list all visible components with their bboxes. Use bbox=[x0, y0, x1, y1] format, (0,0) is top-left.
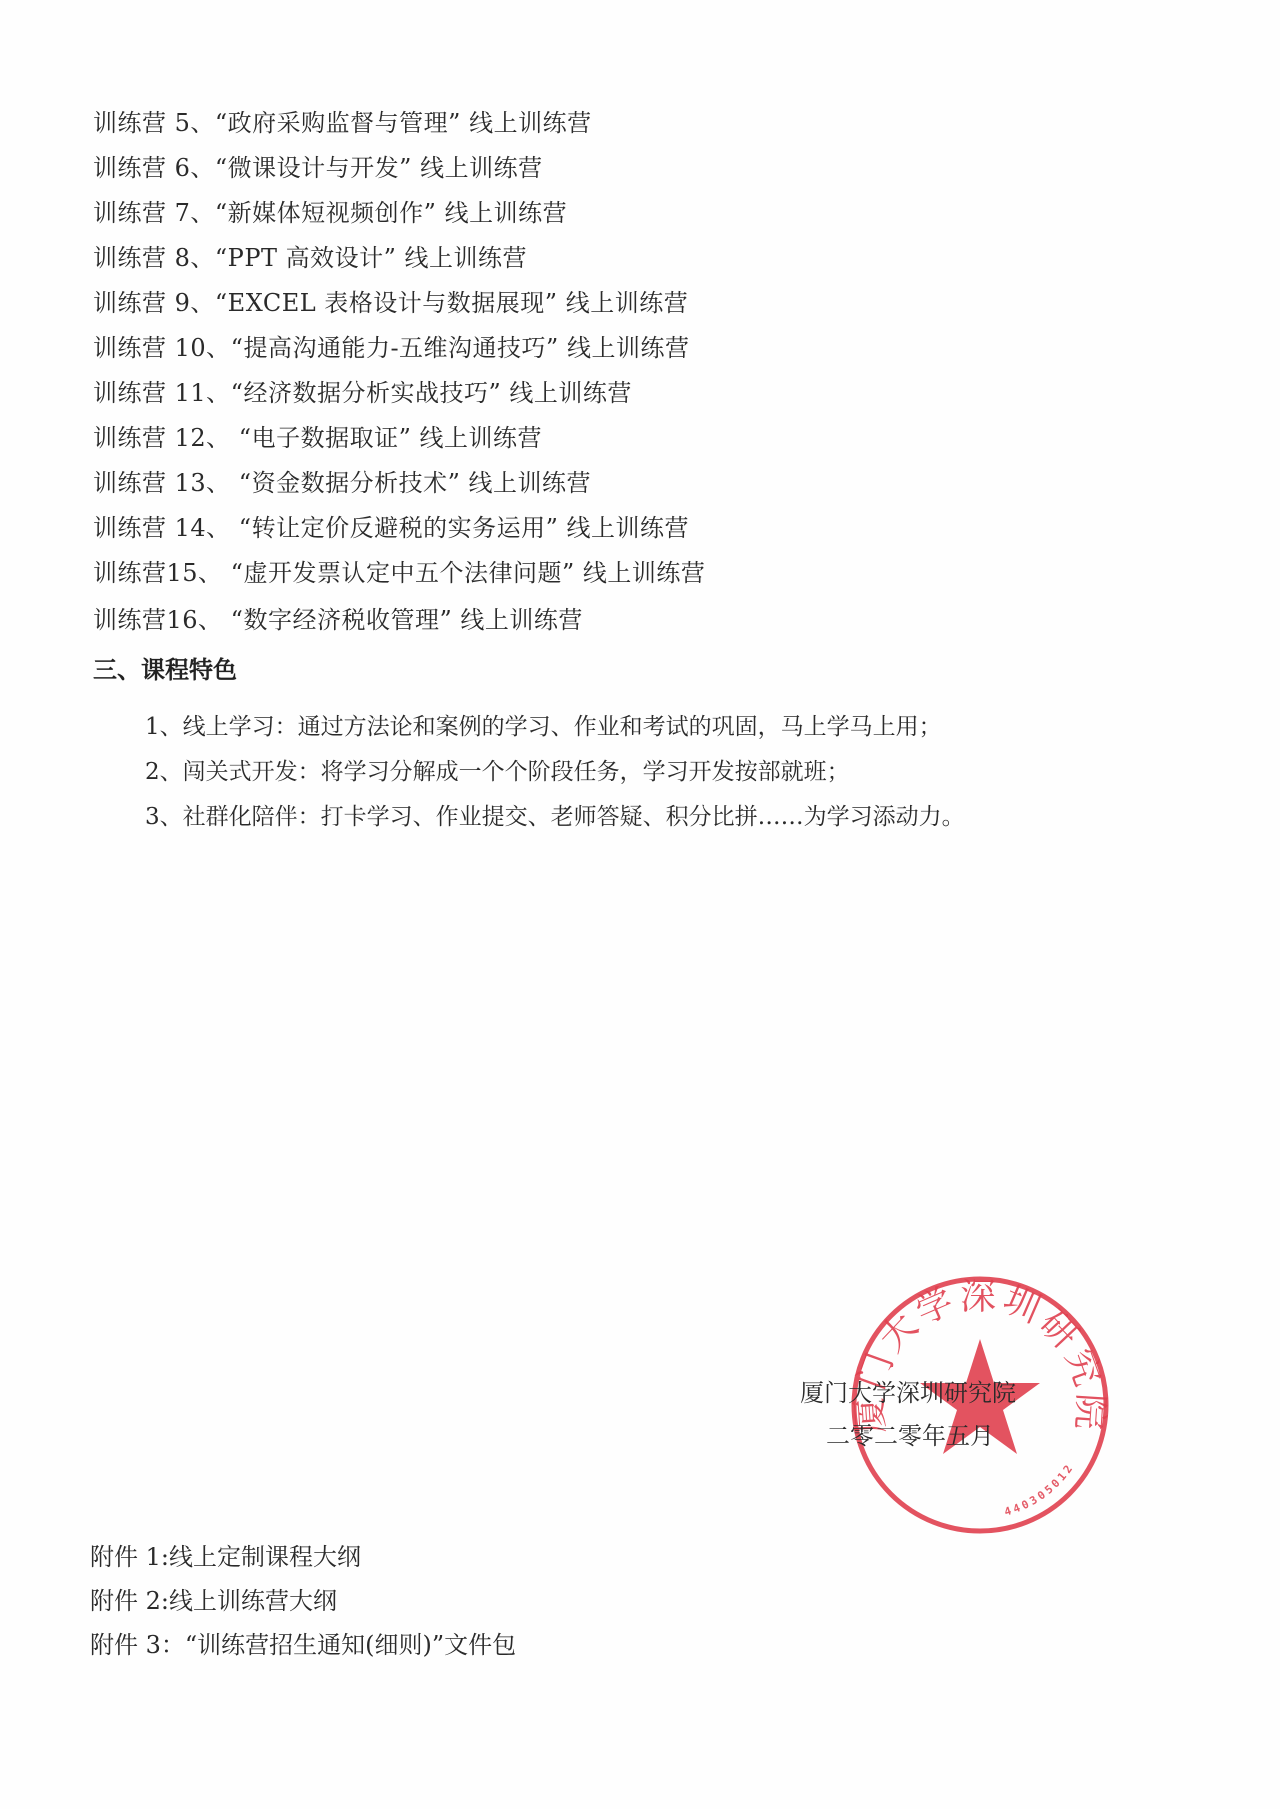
camp-title: “资金数据分析技术” bbox=[231, 469, 461, 497]
feature-item: 2、闯关式开发：将学习分解成一个个阶段任务，学习开发按部就班； bbox=[145, 757, 850, 787]
camp-item: 训练营 11、“经济数据分析实战技巧” 线上训练营 bbox=[93, 378, 632, 408]
camp-title: “EXCEL 表格设计与数据展现” bbox=[215, 289, 558, 317]
camp-item: 训练营 7、“新媒体短视频创作” 线上训练营 bbox=[93, 198, 567, 228]
camp-item: 训练营 10、“提高沟通能力-五维沟通技巧” 线上训练营 bbox=[93, 333, 689, 363]
camp-number: 训练营 7、 bbox=[93, 199, 215, 227]
camp-item: 训练营 8、“PPT 高效设计” 线上训练营 bbox=[93, 243, 527, 273]
attachment-item: 附件 3：“训练营招生通知(细则)”文件包 bbox=[90, 1630, 516, 1660]
camp-title: “数字经济税收管理” bbox=[223, 606, 453, 634]
camp-suffix: 线上训练营 bbox=[567, 334, 690, 362]
camp-item: 训练营 14、 “转让定价反避税的实务运用” 线上训练营 bbox=[93, 513, 689, 543]
camp-suffix: 线上训练营 bbox=[509, 379, 632, 407]
camp-title: “新媒体短视频创作” bbox=[215, 199, 437, 227]
signature-date: 二零二零年五月 bbox=[826, 1421, 994, 1451]
camp-suffix: 线上训练营 bbox=[419, 424, 542, 452]
camp-item: 训练营 9、“EXCEL 表格设计与数据展现” 线上训练营 bbox=[93, 288, 688, 318]
camp-item: 训练营 12、 “电子数据取证” 线上训练营 bbox=[93, 423, 542, 453]
camp-suffix: 线上训练营 bbox=[405, 244, 528, 272]
signature-organization: 厦门大学深圳研究院 bbox=[800, 1378, 1016, 1408]
feature-item: 1、线上学习：通过方法论和案例的学习、作业和考试的巩固，马上学马上用； bbox=[145, 712, 942, 742]
camp-suffix: 线上训练营 bbox=[445, 199, 568, 227]
camp-suffix: 线上训练营 bbox=[583, 559, 706, 587]
feature-item: 3、社群化陪伴：打卡学习、作业提交、老师答疑、积分比拼……为学习添动力。 bbox=[145, 802, 965, 832]
camp-number: 训练营 8、 bbox=[93, 244, 215, 272]
camp-item: 训练营15、 “虚开发票认定中五个法律问题” 线上训练营 bbox=[93, 558, 705, 588]
camp-suffix: 线上训练营 bbox=[460, 606, 583, 634]
camp-item: 训练营 13、 “资金数据分析技术” 线上训练营 bbox=[93, 468, 591, 498]
camp-number: 训练营 13、 bbox=[93, 469, 231, 497]
camp-item: 训练营 5、“政府采购监督与管理” 线上训练营 bbox=[93, 108, 592, 138]
camp-title: “PPT 高效设计” bbox=[215, 244, 396, 272]
camp-number: 训练营 5、 bbox=[93, 109, 215, 137]
camp-title: “微课设计与开发” bbox=[215, 154, 412, 182]
camp-title: “电子数据取证” bbox=[231, 424, 412, 452]
attachment-item: 附件 2:线上训练营大纲 bbox=[90, 1586, 337, 1616]
attachment-item: 附件 1:线上定制课程大纲 bbox=[90, 1542, 361, 1572]
camp-number: 训练营16、 bbox=[93, 606, 223, 634]
camp-number: 训练营15、 bbox=[93, 559, 223, 587]
camp-suffix: 线上训练营 bbox=[468, 469, 591, 497]
camp-title: “经济数据分析实战技巧” bbox=[231, 379, 502, 407]
section-heading: 三、课程特色 bbox=[93, 655, 237, 685]
camp-item: 训练营16、 “数字经济税收管理” 线上训练营 bbox=[93, 605, 583, 635]
camp-suffix: 线上训练营 bbox=[566, 289, 689, 317]
camp-number: 训练营 14、 bbox=[93, 514, 231, 542]
camp-suffix: 线上训练营 bbox=[566, 514, 689, 542]
camp-item: 训练营 6、“微课设计与开发” 线上训练营 bbox=[93, 153, 543, 183]
camp-title: “虚开发票认定中五个法律问题” bbox=[223, 559, 575, 587]
camp-title: “提高沟通能力-五维沟通技巧” bbox=[231, 334, 559, 362]
camp-number: 训练营 9、 bbox=[93, 289, 215, 317]
camp-number: 训练营 12、 bbox=[93, 424, 231, 452]
camp-number: 训练营 11、 bbox=[93, 379, 231, 407]
camp-number: 训练营 6、 bbox=[93, 154, 215, 182]
camp-number: 训练营 10、 bbox=[93, 334, 231, 362]
camp-suffix: 线上训练营 bbox=[469, 109, 592, 137]
camp-suffix: 线上训练营 bbox=[420, 154, 543, 182]
camp-title: “转让定价反避税的实务运用” bbox=[231, 514, 559, 542]
camp-title: “政府采购监督与管理” bbox=[215, 109, 461, 137]
